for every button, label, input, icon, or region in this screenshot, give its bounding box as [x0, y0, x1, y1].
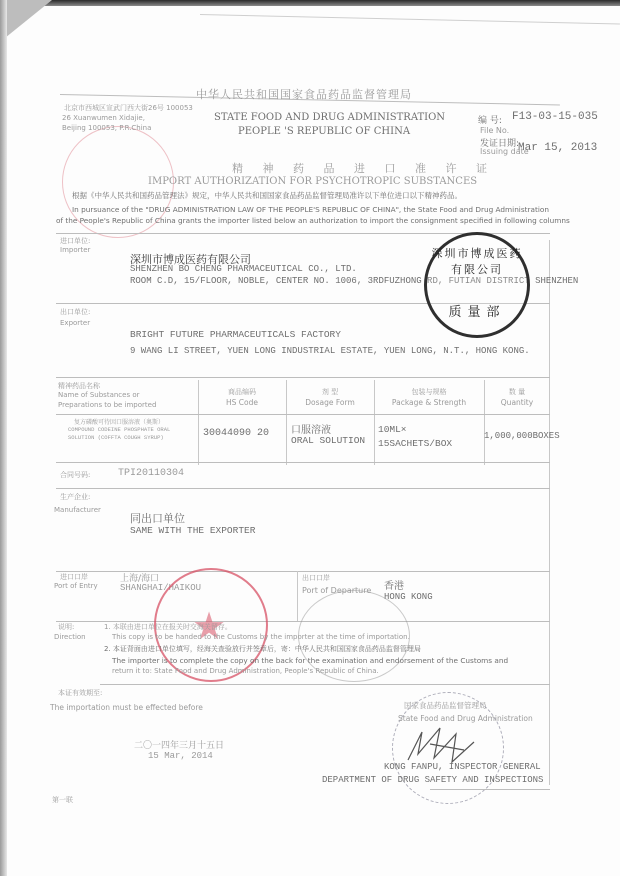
exporter-name: BRIGHT FUTURE PHARMACEUTICALS FACTORY	[130, 329, 341, 340]
scan-corner-shadow	[0, 0, 52, 42]
scan-edge-left	[0, 0, 7, 876]
port-departure-value-en: HONG KONG	[384, 592, 433, 602]
issuer-address-en-2: Beijing 100053, P.R.China	[62, 124, 151, 132]
col-quantity-en: Quantity	[484, 398, 550, 407]
issuer-address-en-1: 26 Xuanwumen Xidajie,	[62, 114, 145, 122]
col-dosage-cn: 剂 型	[286, 387, 374, 397]
contract-label-cn: 合同号码:	[60, 470, 90, 480]
importer-label-en: Importer	[60, 246, 90, 254]
ports-divider	[297, 571, 298, 621]
rule-goods-top	[56, 377, 550, 378]
row-package-2: 15SACHETS/BOX	[378, 438, 452, 449]
col-name-en-1: Name of Substances or	[58, 391, 139, 399]
rule-signature-bottom	[430, 789, 550, 790]
issuer-name-cn: 中华人民共和国国家食品药品监督管理局	[196, 86, 412, 102]
port-entry-label-en: Port of Entry	[54, 582, 98, 590]
issue-date-value: Mar 15, 2013	[518, 142, 597, 154]
direction-item1-cn: 1. 本联由进口单位在报关时交海关留存。	[104, 622, 232, 632]
col-hs-en: HS Code	[198, 398, 286, 407]
direction-label-en: Direction	[54, 633, 86, 641]
importer-label-cn: 进口单位:	[60, 236, 90, 246]
signatory-department: DEPARTMENT OF DRUG SAFETY AND INSPECTION…	[322, 775, 543, 785]
table-bottom-rule	[56, 462, 550, 463]
direction-item2-en-1: The importer is to complete the copy on …	[112, 656, 508, 665]
manufacturer-value-en: SAME WITH THE EXPORTER	[130, 525, 255, 536]
direction-item2-cn: 2. 本证背面由进口单位填写，经海关查验放行并签章后，寄：中华人民共和国国家食品…	[104, 644, 421, 654]
stamp-ring-text: 深圳市博成医药有限公司	[427, 245, 527, 277]
validity-label-en: The importation must be effected before	[50, 703, 203, 712]
col-package-en: Package & Strength	[374, 398, 484, 407]
col-name-en-2: Preparations to be imported	[58, 401, 156, 409]
company-quality-stamp: 深圳市博成医药有限公司 质量部	[424, 232, 530, 338]
row-dosage-en: ORAL SOLUTION	[291, 435, 365, 446]
validity-label-cn: 本证有效期至:	[58, 688, 102, 698]
issuer-address-cn: 北京市西城区宣武门西大街26号 100053	[64, 103, 193, 113]
issuer-name-en-1: STATE FOOD AND DRUG ADMINISTRATION	[214, 112, 445, 123]
file-no-label-cn: 编 号:	[478, 113, 502, 126]
frame-right	[549, 240, 550, 785]
validity-date-en: 15 Mar, 2014	[148, 751, 213, 761]
title-en: IMPORT AUTHORIZATION FOR PSYCHOTROPIC SU…	[148, 176, 477, 187]
row-name-en-1: COMPOUND CODEINE PHOSPHATE ORAL	[68, 426, 170, 433]
scan-edge-top	[0, 0, 620, 6]
col-package-cn: 包装与规格	[374, 387, 484, 397]
col-name-cn: 精神药品名称	[58, 381, 100, 391]
manufacturer-label-cn: 生产企业:	[60, 492, 90, 502]
preamble-cn: 根据《中华人民共和国药品管理法》规定，中华人民共和国国家食品药品监督管理局准许以…	[72, 190, 462, 201]
preamble-en-1: In pursuance of the "DRUG ADMINISTRATION…	[72, 205, 549, 214]
rule-manufacturer-top	[56, 488, 550, 489]
preamble-en-2: of the People's Republic of China grants…	[56, 216, 570, 225]
row-hs-code: 30044090 20	[203, 428, 269, 439]
paper-fold-line	[200, 14, 620, 25]
issuer-name-en-2: PEOPLE 'S REPUBLIC OF CHINA	[238, 126, 410, 137]
table-header-rule	[56, 414, 550, 415]
validity-date-cn: 二〇一四年三月十五日	[134, 738, 224, 751]
rule-direction-bottom	[100, 684, 550, 685]
stamp-center-text: 质量部	[427, 301, 527, 320]
row-name-cn: 复方磷酸可待因口服溶液（奥斯）	[74, 417, 164, 426]
port-departure-value-cn: 香港	[384, 577, 404, 592]
direction-item2-en-2: return it to: State Food and Drug Admini…	[112, 667, 379, 675]
exporter-label-en: Exporter	[60, 319, 90, 327]
importer-name-en: SHENZHEN BO CHENG PHARMACEUTICAL CO., LT…	[130, 264, 357, 274]
manufacturer-label-en: Manufacturer	[54, 506, 101, 514]
copy-label-cn: 第一联	[52, 795, 73, 805]
signatory-name-title: KONG FANPU, INSPECTOR GENERAL	[384, 762, 541, 772]
col-hs-cn: 商品编码	[198, 387, 286, 397]
exporter-label-cn: 出口单位:	[60, 307, 90, 317]
contract-value: TPI20110304	[118, 468, 184, 479]
file-no-label-en: File No.	[480, 126, 509, 135]
row-dosage-cn: 口服溶液	[291, 421, 331, 436]
row-quantity: 1,000,000BOXES	[484, 431, 560, 441]
manufacturer-value-cn: 同出口单位	[130, 510, 185, 526]
port-entry-label-cn: 进口口岸	[60, 572, 88, 582]
row-name-en-2: SOLUTION (COFFTA COUGH SYRUP)	[68, 434, 164, 441]
title-cn: 精 神 药 品 进 口 准 许 证	[232, 160, 495, 176]
file-no-value: F13-03-15-035	[512, 111, 598, 123]
row-package-1: 10ML×	[378, 424, 407, 435]
col-dosage-en: Dosage Form	[286, 398, 374, 407]
port-departure-label-cn: 出口口岸	[302, 573, 330, 583]
direction-label-cn: 说明:	[58, 622, 74, 632]
direction-item1-en: This copy is to be handed to the Customs…	[112, 633, 410, 641]
col-quantity-cn: 数 量	[484, 387, 550, 397]
exporter-address: 9 WANG LI STREET, YUEN LONG INDUSTRIAL E…	[130, 346, 530, 356]
signatory-org-cn: 国家食品药品监督管理局	[404, 700, 487, 711]
